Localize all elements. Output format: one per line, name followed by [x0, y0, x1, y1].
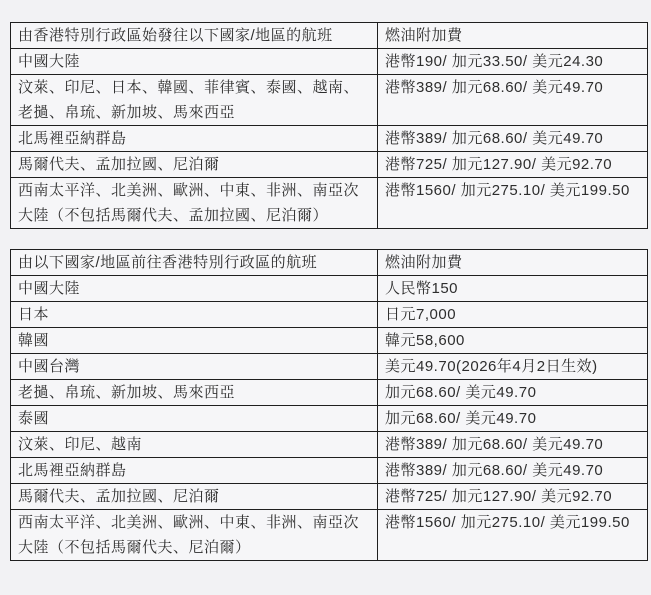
surcharge-cell: 日元7,000: [378, 302, 648, 328]
table-row: 馬爾代夫、孟加拉國、尼泊爾港幣725/ 加元127.90/ 美元92.70: [11, 152, 648, 178]
route-cell: 中國台灣: [11, 354, 378, 380]
route-cell: 西南太平洋、北美洲、歐洲、中東、非洲、南亞次大陸（不包括馬爾代夫、孟加拉國、尼泊…: [11, 178, 378, 229]
header-row: 由以下國家/地區前往香港特別行政區的航班燃油附加費: [11, 250, 648, 276]
surcharge-cell: 港幣389/ 加元68.60/ 美元49.70: [378, 458, 648, 484]
route-cell: 日本: [11, 302, 378, 328]
route-cell: 汶萊、印尼、日本、韓國、菲律賓、泰國、越南、老撾、帛琉、新加坡、馬來西亞: [11, 75, 378, 126]
route-column-header: 由以下國家/地區前往香港特別行政區的航班: [11, 250, 378, 276]
surcharge-cell: 港幣725/ 加元127.90/ 美元92.70: [378, 484, 648, 510]
table-row: 汶萊、印尼、日本、韓國、菲律賓、泰國、越南、老撾、帛琉、新加坡、馬來西亞港幣38…: [11, 75, 648, 126]
route-cell: 馬爾代夫、孟加拉國、尼泊爾: [11, 484, 378, 510]
route-cell: 老撾、帛琉、新加坡、馬來西亞: [11, 380, 378, 406]
table-row: 北馬裡亞納群島港幣389/ 加元68.60/ 美元49.70: [11, 126, 648, 152]
route-cell: 泰國: [11, 406, 378, 432]
table-row: 泰國加元68.60/ 美元49.70: [11, 406, 648, 432]
table-row: 北馬裡亞納群島港幣389/ 加元68.60/ 美元49.70: [11, 458, 648, 484]
surcharge-cell: 港幣190/ 加元33.50/ 美元24.30: [378, 49, 648, 75]
table-row: 馬爾代夫、孟加拉國、尼泊爾港幣725/ 加元127.90/ 美元92.70: [11, 484, 648, 510]
header-row: 由香港特別行政區始發往以下國家/地區的航班燃油附加費: [11, 23, 648, 49]
route-cell: 北馬裡亞納群島: [11, 458, 378, 484]
route-cell: 西南太平洋、北美洲、歐洲、中東、非洲、南亞次大陸（不包括馬爾代夫、尼泊爾）: [11, 510, 378, 561]
surcharge-cell: 港幣389/ 加元68.60/ 美元49.70: [378, 432, 648, 458]
table-row: 中國大陸港幣190/ 加元33.50/ 美元24.30: [11, 49, 648, 75]
surcharge-cell: 加元68.60/ 美元49.70: [378, 380, 648, 406]
surcharge-cell: 加元68.60/ 美元49.70: [378, 406, 648, 432]
surcharge-cell: 港幣389/ 加元68.60/ 美元49.70: [378, 126, 648, 152]
route-cell: 韓國: [11, 328, 378, 354]
route-cell: 中國大陸: [11, 49, 378, 75]
surcharge-cell: 港幣389/ 加元68.60/ 美元49.70: [378, 75, 648, 126]
table-row: 中國台灣美元49.70(2026年4月2日生效): [11, 354, 648, 380]
arrival-fare-table: 由以下國家/地區前往香港特別行政區的航班燃油附加費中國大陸人民幣150日本日元7…: [10, 249, 648, 561]
table-row: 韓國韓元58,600: [11, 328, 648, 354]
table-row: 汶萊、印尼、越南港幣389/ 加元68.60/ 美元49.70: [11, 432, 648, 458]
surcharge-cell: 美元49.70(2026年4月2日生效): [378, 354, 648, 380]
surcharge-cell: 人民幣150: [378, 276, 648, 302]
surcharge-cell: 港幣1560/ 加元275.10/ 美元199.50: [378, 510, 648, 561]
route-cell: 汶萊、印尼、越南: [11, 432, 378, 458]
table-row: 中國大陸人民幣150: [11, 276, 648, 302]
fuel-surcharge-page: 由香港特別行政區始發往以下國家/地區的航班燃油附加費中國大陸港幣190/ 加元3…: [0, 0, 651, 561]
surcharge-column-header: 燃油附加費: [378, 250, 648, 276]
route-cell: 北馬裡亞納群島: [11, 126, 378, 152]
table-row: 老撾、帛琉、新加坡、馬來西亞加元68.60/ 美元49.70: [11, 380, 648, 406]
table-row: 西南太平洋、北美洲、歐洲、中東、非洲、南亞次大陸（不包括馬爾代夫、孟加拉國、尼泊…: [11, 178, 648, 229]
table-row: 西南太平洋、北美洲、歐洲、中東、非洲、南亞次大陸（不包括馬爾代夫、尼泊爾）港幣1…: [11, 510, 648, 561]
surcharge-column-header: 燃油附加費: [378, 23, 648, 49]
surcharge-cell: 港幣1560/ 加元275.10/ 美元199.50: [378, 178, 648, 229]
route-column-header: 由香港特別行政區始發往以下國家/地區的航班: [11, 23, 378, 49]
surcharge-cell: 港幣725/ 加元127.90/ 美元92.70: [378, 152, 648, 178]
departure-fare-table: 由香港特別行政區始發往以下國家/地區的航班燃油附加費中國大陸港幣190/ 加元3…: [10, 22, 648, 229]
surcharge-cell: 韓元58,600: [378, 328, 648, 354]
table-row: 日本日元7,000: [11, 302, 648, 328]
route-cell: 中國大陸: [11, 276, 378, 302]
route-cell: 馬爾代夫、孟加拉國、尼泊爾: [11, 152, 378, 178]
